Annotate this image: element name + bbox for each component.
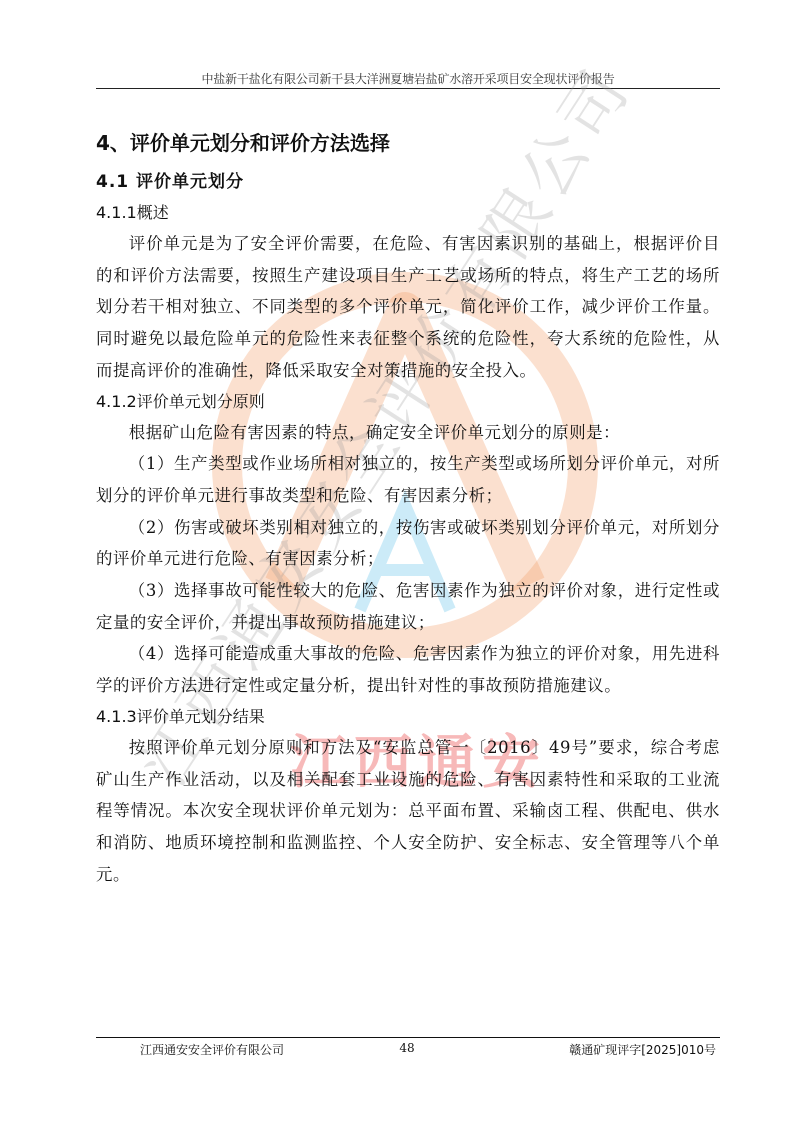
paragraph: 按照评价单元划分原则和方法及“安监总管一〔2016〕49号”要求，综合考虑矿山生… xyxy=(96,732,720,891)
paragraph: 根据矿山危险有害因素的特点，确定安全评价单元划分的原则是： xyxy=(96,417,720,449)
list-item: （3）选择事故可能性较大的危险、危害因素作为独立的评价对象，进行定性或定量的安全… xyxy=(96,575,720,638)
item-heading-overview: 4.1.1概述 xyxy=(96,198,720,228)
running-header: 中盐新干盐化有限公司新干县大洋洲夏塘岩盐矿水溶开采项目安全现状评价报告 xyxy=(96,70,720,87)
list-item: （1）生产类型或作业场所相对独立的，按生产类型或场所划分评价单元，对所划分的评价… xyxy=(96,448,720,511)
subsection-heading: 4.1 评价单元划分 xyxy=(96,168,720,198)
footer-rule xyxy=(96,1037,720,1038)
list-item: （4）选择可能造成重大事故的危险、危害因素作为独立的评价对象，用先进科学的评价方… xyxy=(96,638,720,701)
document-body: 4、评价单元划分和评价方法选择 4.1 评价单元划分 4.1.1概述 评价单元是… xyxy=(96,128,720,890)
paragraph: 评价单元是为了安全评价需要，在危险、有害因素识别的基础上，根据评价目的和评价方法… xyxy=(96,228,720,387)
section-heading: 4、评价单元划分和评价方法选择 xyxy=(96,128,720,158)
item-heading-results: 4.1.3评价单元划分结果 xyxy=(96,702,720,732)
list-item: （2）伤害或破坏类别相对独立的，按伤害或破坏类别划分评价单元，对所划分的评价单元… xyxy=(96,512,720,575)
footer-company: 江西通安安全评价有限公司 xyxy=(140,1041,284,1058)
page-number: 48 xyxy=(392,1041,422,1055)
document-number: 赣通矿现评字[2025]010号 xyxy=(569,1041,716,1058)
item-heading-principles: 4.1.2评价单元划分原则 xyxy=(96,387,720,417)
header-rule xyxy=(96,88,720,89)
